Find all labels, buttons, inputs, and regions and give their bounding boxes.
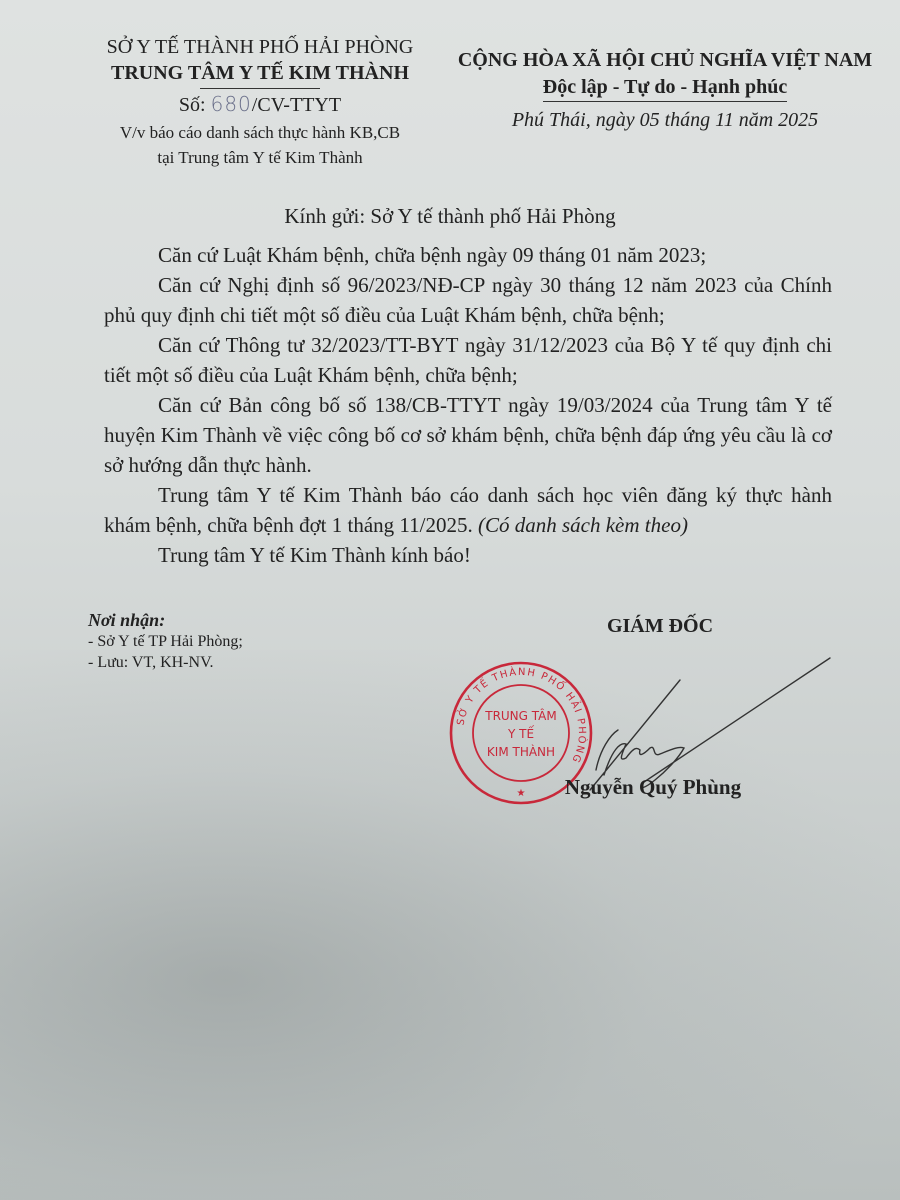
nation-title: CỘNG HÒA XÃ HỘI CHỦ NGHĨA VIỆT NAM [440, 46, 890, 74]
subject-line-1: V/v báo cáo danh sách thực hành KB,CB [60, 120, 460, 145]
paragraph-2: Căn cứ Nghị định số 96/2023/NĐ-CP ngày 3… [104, 270, 832, 330]
signature-title: GIÁM ĐỐC [560, 615, 760, 638]
agency-name: SỞ Y TẾ THÀNH PHỐ HẢI PHÒNG [60, 34, 460, 60]
distribution-item: - Sở Y tế TP Hải Phòng; [88, 631, 243, 652]
document-number: Số: 680/CV-TTYT [60, 89, 460, 120]
national-header: CỘNG HÒA XÃ HỘI CHỦ NGHĨA VIỆT NAM Độc l… [440, 46, 890, 138]
svg-text:★: ★ [517, 788, 526, 799]
distribution-label: Nơi nhận: [88, 610, 243, 631]
place-date: Phú Thái, ngày 05 tháng 11 năm 2025 [440, 102, 890, 138]
distribution-item: - Lưu: VT, KH-NV. [88, 652, 243, 673]
document-body: Căn cứ Luật Khám bệnh, chữa bệnh ngày 09… [104, 240, 832, 570]
svg-text:TRUNG TÂM: TRUNG TÂM [484, 708, 557, 723]
organization-name: TRUNG TÂM Y TẾ KIM THÀNH [60, 60, 460, 86]
attachment-note: (Có danh sách kèm theo) [478, 513, 688, 537]
national-motto: Độc lập - Tự do - Hạnh phúc [543, 74, 787, 102]
subject-line-2: tại Trung tâm Y tế Kim Thành [60, 145, 460, 170]
paragraph-1: Căn cứ Luật Khám bệnh, chữa bệnh ngày 09… [104, 240, 832, 270]
paragraph-5: Trung tâm Y tế Kim Thành báo cáo danh sá… [104, 480, 832, 540]
paragraph-3: Căn cứ Thông tư 32/2023/TT-BYT ngày 31/1… [104, 330, 832, 390]
paragraph-5-text: Trung tâm Y tế Kim Thành báo cáo danh sá… [104, 483, 832, 537]
svg-text:KIM THÀNH: KIM THÀNH [487, 744, 555, 759]
number-suffix: /CV-TTYT [252, 94, 341, 116]
handwritten-number: 680 [211, 92, 252, 116]
paragraph-4: Căn cứ Bản công bố số 138/CB-TTYT ngày 1… [104, 390, 832, 480]
signer-name: Nguyễn Quý Phùng [553, 775, 753, 800]
recipient-line: Kính gửi: Sở Y tế thành phố Hải Phòng [0, 204, 900, 229]
paragraph-6: Trung tâm Y tế Kim Thành kính báo! [104, 540, 832, 570]
issuing-agency-header: SỞ Y TẾ THÀNH PHỐ HẢI PHÒNG TRUNG TÂM Y … [60, 34, 460, 170]
number-label: Số: [179, 94, 206, 116]
svg-text:Y TẾ: Y TẾ [507, 725, 534, 741]
distribution-list: Nơi nhận: - Sở Y tế TP Hải Phòng; - Lưu:… [88, 610, 243, 673]
